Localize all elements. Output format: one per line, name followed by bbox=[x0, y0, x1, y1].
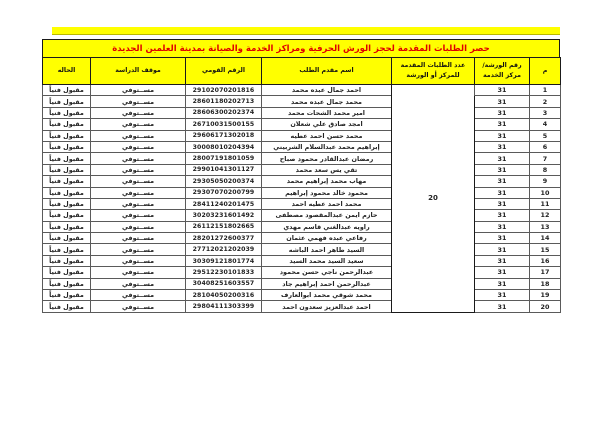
table-row: 831تقي يس سعد محمد29901041301127مســتوفي… bbox=[43, 164, 561, 175]
cell-applicant-name: عبدالرحمن ناجي حسن محمود bbox=[262, 267, 392, 278]
table-row: 1631سعيد السيد محمد السيد30309121801774م… bbox=[43, 255, 561, 266]
cell-serial: 13 bbox=[530, 221, 561, 232]
cell-study-status: مســتوفي bbox=[91, 153, 186, 164]
cell-national-id: 28104050200316 bbox=[186, 290, 262, 301]
cell-applicant-name: السيد طاهر احمد الباشه bbox=[262, 244, 392, 255]
table-row: 1131محمد احمد عطيه احمد28411240201475مسـ… bbox=[43, 198, 561, 209]
cell-study-status: مســتوفي bbox=[91, 301, 186, 312]
cell-applicant-name: احمد عبدالعزيز سعدون احمد bbox=[262, 301, 392, 312]
cell-study-status: مســتوفي bbox=[91, 255, 186, 266]
cell-serial: 15 bbox=[530, 244, 561, 255]
cell-applicant-name: إبراهيم محمد عبدالسلام الشربيني bbox=[262, 141, 392, 152]
document-page: حصر الطلبات المقدمة لحجز الورش الحرفية و… bbox=[0, 0, 608, 430]
table-row: 731رمضان عبدالقادر محمود صباح28007191801… bbox=[43, 153, 561, 164]
cell-technical-status: مقبول فنياً bbox=[43, 198, 91, 209]
cell-study-status: مســتوفي bbox=[91, 130, 186, 141]
cell-serial: 19 bbox=[530, 290, 561, 301]
cell-serial: 9 bbox=[530, 176, 561, 187]
col-header-national-id: الرقم القومي bbox=[186, 58, 262, 85]
cell-serial: 4 bbox=[530, 119, 561, 130]
cell-serial: 20 bbox=[530, 301, 561, 312]
cell-applicant-name: محمد احمد عطيه احمد bbox=[262, 198, 392, 209]
cell-workshop-number: 31 bbox=[475, 267, 530, 278]
cell-national-id: 28411240201475 bbox=[186, 198, 262, 209]
cell-workshop-number: 31 bbox=[475, 187, 530, 198]
cell-workshop-number: 31 bbox=[475, 244, 530, 255]
cell-workshop-number: 31 bbox=[475, 130, 530, 141]
cell-technical-status: مقبول فنياً bbox=[43, 255, 91, 266]
cell-technical-status: مقبول فنياً bbox=[43, 176, 91, 187]
cell-technical-status: مقبول فنياً bbox=[43, 96, 91, 107]
cell-national-id: 30309121801774 bbox=[186, 255, 262, 266]
cell-technical-status: مقبول فنياً bbox=[43, 244, 91, 255]
col-header-status: الحاله bbox=[43, 58, 91, 85]
cell-technical-status: مقبول فنياً bbox=[43, 85, 91, 96]
cell-serial: 11 bbox=[530, 198, 561, 209]
table-row: 1831عبدالرحمن احمد إبراهيم جاد3040825160… bbox=[43, 278, 561, 289]
cell-national-id: 30008010204394 bbox=[186, 141, 262, 152]
cell-technical-status: مقبول فنياً bbox=[43, 210, 91, 221]
cell-technical-status: مقبول فنياً bbox=[43, 187, 91, 198]
cell-study-status: مســتوفي bbox=[91, 198, 186, 209]
cell-applicant-name: محمد حسن احمد عطيه bbox=[262, 130, 392, 141]
cell-workshop-number: 31 bbox=[475, 107, 530, 118]
cell-serial: 3 bbox=[530, 107, 561, 118]
cell-technical-status: مقبول فنياً bbox=[43, 164, 91, 175]
cell-serial: 10 bbox=[530, 187, 561, 198]
cell-serial: 12 bbox=[530, 210, 561, 221]
cell-technical-status: مقبول فنياً bbox=[43, 290, 91, 301]
cell-national-id: 26710031500155 bbox=[186, 119, 262, 130]
cell-study-status: مســتوفي bbox=[91, 85, 186, 96]
cell-national-id: 28201272600377 bbox=[186, 233, 262, 244]
cell-workshop-number: 31 bbox=[475, 301, 530, 312]
cell-applicant-name: امجد صادق علي شعلان bbox=[262, 119, 392, 130]
table-row: 631إبراهيم محمد عبدالسلام الشربيني300080… bbox=[43, 141, 561, 152]
cell-study-status: مســتوفي bbox=[91, 176, 186, 187]
cell-serial: 2 bbox=[530, 96, 561, 107]
cell-serial: 7 bbox=[530, 153, 561, 164]
cell-serial: 18 bbox=[530, 278, 561, 289]
table-row: 13120احمد جمال عبده محمد29102070201816مس… bbox=[43, 85, 561, 96]
report-document: حصر الطلبات المقدمة لحجز الورش الحرفية و… bbox=[42, 39, 560, 313]
cell-applicant-name: محمود خالد محمود إبراهيم bbox=[262, 187, 392, 198]
cell-study-status: مســتوفي bbox=[91, 96, 186, 107]
header-row: م رقم الورشة/ مركز الخدمة عدد الطلبات ال… bbox=[43, 58, 561, 85]
cell-workshop-number: 31 bbox=[475, 153, 530, 164]
table-row: 531محمد حسن احمد عطيه29606171302018مســت… bbox=[43, 130, 561, 141]
cell-applicant-name: امير محمد الشحات محمد bbox=[262, 107, 392, 118]
cell-serial: 17 bbox=[530, 267, 561, 278]
top-yellow-strip bbox=[52, 27, 560, 35]
cell-workshop-number: 31 bbox=[475, 164, 530, 175]
table-row: 431امجد صادق علي شعلان26710031500155مســ… bbox=[43, 119, 561, 130]
cell-applicant-name: راويه عبدالغني قاسم مهدي bbox=[262, 221, 392, 232]
cell-technical-status: مقبول فنياً bbox=[43, 301, 91, 312]
table-row: 1731عبدالرحمن ناجي حسن محمود295122301018… bbox=[43, 267, 561, 278]
cell-national-id: 28601180202713 bbox=[186, 96, 262, 107]
cell-serial: 16 bbox=[530, 255, 561, 266]
cell-applicant-name: سعيد السيد محمد السيد bbox=[262, 255, 392, 266]
cell-serial: 6 bbox=[530, 141, 561, 152]
cell-national-id: 26112151802665 bbox=[186, 221, 262, 232]
cell-study-status: مســتوفي bbox=[91, 221, 186, 232]
cell-requests-count: 20 bbox=[392, 85, 475, 313]
cell-technical-status: مقبول فنياً bbox=[43, 267, 91, 278]
cell-technical-status: مقبول فنياً bbox=[43, 233, 91, 244]
cell-workshop-number: 31 bbox=[475, 210, 530, 221]
col-header-applicant-name: اسم مقدم الطلب bbox=[262, 58, 392, 85]
cell-workshop-number: 31 bbox=[475, 85, 530, 96]
cell-applicant-name: حازم ايمن عبدالمقصود مصطفى bbox=[262, 210, 392, 221]
cell-technical-status: مقبول فنياً bbox=[43, 107, 91, 118]
table-row: 1331راويه عبدالغني قاسم مهدي261121518026… bbox=[43, 221, 561, 232]
cell-applicant-name: تقي يس سعد محمد bbox=[262, 164, 392, 175]
requests-table: م رقم الورشة/ مركز الخدمة عدد الطلبات ال… bbox=[42, 57, 561, 313]
cell-study-status: مســتوفي bbox=[91, 210, 186, 221]
cell-study-status: مســتوفي bbox=[91, 244, 186, 255]
cell-applicant-name: محمد شوقي محمد ابوالعارف bbox=[262, 290, 392, 301]
cell-national-id: 29804111303399 bbox=[186, 301, 262, 312]
cell-workshop-number: 31 bbox=[475, 96, 530, 107]
cell-applicant-name: احمد جمال عبده محمد bbox=[262, 85, 392, 96]
cell-national-id: 29307070200799 bbox=[186, 187, 262, 198]
table-row: 931مهاب محمد إبراهيم محمد29305050200374م… bbox=[43, 176, 561, 187]
col-header-workshop-number: رقم الورشة/ مركز الخدمة bbox=[475, 58, 530, 85]
cell-workshop-number: 31 bbox=[475, 290, 530, 301]
cell-national-id: 29512230101833 bbox=[186, 267, 262, 278]
cell-applicant-name: مهاب محمد إبراهيم محمد bbox=[262, 176, 392, 187]
cell-national-id: 29305050200374 bbox=[186, 176, 262, 187]
cell-study-status: مســتوفي bbox=[91, 278, 186, 289]
cell-national-id: 30203231601492 bbox=[186, 210, 262, 221]
table-row: 1531السيد طاهر احمد الباشه27712021202039… bbox=[43, 244, 561, 255]
cell-technical-status: مقبول فنياً bbox=[43, 221, 91, 232]
cell-applicant-name: عبدالرحمن احمد إبراهيم جاد bbox=[262, 278, 392, 289]
cell-study-status: مســتوفي bbox=[91, 141, 186, 152]
cell-workshop-number: 31 bbox=[475, 278, 530, 289]
table-row: 1931محمد شوقي محمد ابوالعارف281040502003… bbox=[43, 290, 561, 301]
table-row: 231محمد جمال عبده محمد28601180202713مســ… bbox=[43, 96, 561, 107]
cell-workshop-number: 31 bbox=[475, 141, 530, 152]
cell-workshop-number: 31 bbox=[475, 176, 530, 187]
col-header-study-status: موقف الدراسة bbox=[91, 58, 186, 85]
report-title: حصر الطلبات المقدمة لحجز الورش الحرفية و… bbox=[42, 39, 560, 58]
cell-applicant-name: رفاعي عبده فهمي عثمان bbox=[262, 233, 392, 244]
cell-study-status: مســتوفي bbox=[91, 187, 186, 198]
cell-study-status: مســتوفي bbox=[91, 267, 186, 278]
cell-serial: 8 bbox=[530, 164, 561, 175]
cell-technical-status: مقبول فنياً bbox=[43, 119, 91, 130]
cell-applicant-name: محمد جمال عبده محمد bbox=[262, 96, 392, 107]
cell-workshop-number: 31 bbox=[475, 233, 530, 244]
cell-technical-status: مقبول فنياً bbox=[43, 130, 91, 141]
cell-national-id: 28606300202374 bbox=[186, 107, 262, 118]
cell-national-id: 30408251603557 bbox=[186, 278, 262, 289]
cell-study-status: مســتوفي bbox=[91, 119, 186, 130]
cell-national-id: 29102070201816 bbox=[186, 85, 262, 96]
table-row: 1431رفاعي عبده فهمي عثمان28201272600377م… bbox=[43, 233, 561, 244]
cell-technical-status: مقبول فنياً bbox=[43, 141, 91, 152]
cell-study-status: مســتوفي bbox=[91, 164, 186, 175]
cell-workshop-number: 31 bbox=[475, 198, 530, 209]
cell-study-status: مســتوفي bbox=[91, 233, 186, 244]
cell-serial: 14 bbox=[530, 233, 561, 244]
cell-applicant-name: رمضان عبدالقادر محمود صباح bbox=[262, 153, 392, 164]
cell-serial: 1 bbox=[530, 85, 561, 96]
table-row: 1031محمود خالد محمود إبراهيم293070702007… bbox=[43, 187, 561, 198]
cell-national-id: 28007191801059 bbox=[186, 153, 262, 164]
cell-national-id: 29606171302018 bbox=[186, 130, 262, 141]
col-header-requests-count: عدد الطلبات المقدمة للمركز أو الورشة bbox=[392, 58, 475, 85]
cell-study-status: مســتوفي bbox=[91, 290, 186, 301]
table-row: 331امير محمد الشحات محمد28606300202374مس… bbox=[43, 107, 561, 118]
cell-study-status: مســتوفي bbox=[91, 107, 186, 118]
cell-workshop-number: 31 bbox=[475, 119, 530, 130]
cell-technical-status: مقبول فنياً bbox=[43, 278, 91, 289]
cell-workshop-number: 31 bbox=[475, 221, 530, 232]
cell-national-id: 29901041301127 bbox=[186, 164, 262, 175]
cell-technical-status: مقبول فنياً bbox=[43, 153, 91, 164]
cell-national-id: 27712021202039 bbox=[186, 244, 262, 255]
table-row: 2031احمد عبدالعزيز سعدون احمد29804111303… bbox=[43, 301, 561, 312]
cell-workshop-number: 31 bbox=[475, 255, 530, 266]
table-row: 1231حازم ايمن عبدالمقصود مصطفى3020323160… bbox=[43, 210, 561, 221]
col-header-serial: م bbox=[530, 58, 561, 85]
cell-serial: 5 bbox=[530, 130, 561, 141]
